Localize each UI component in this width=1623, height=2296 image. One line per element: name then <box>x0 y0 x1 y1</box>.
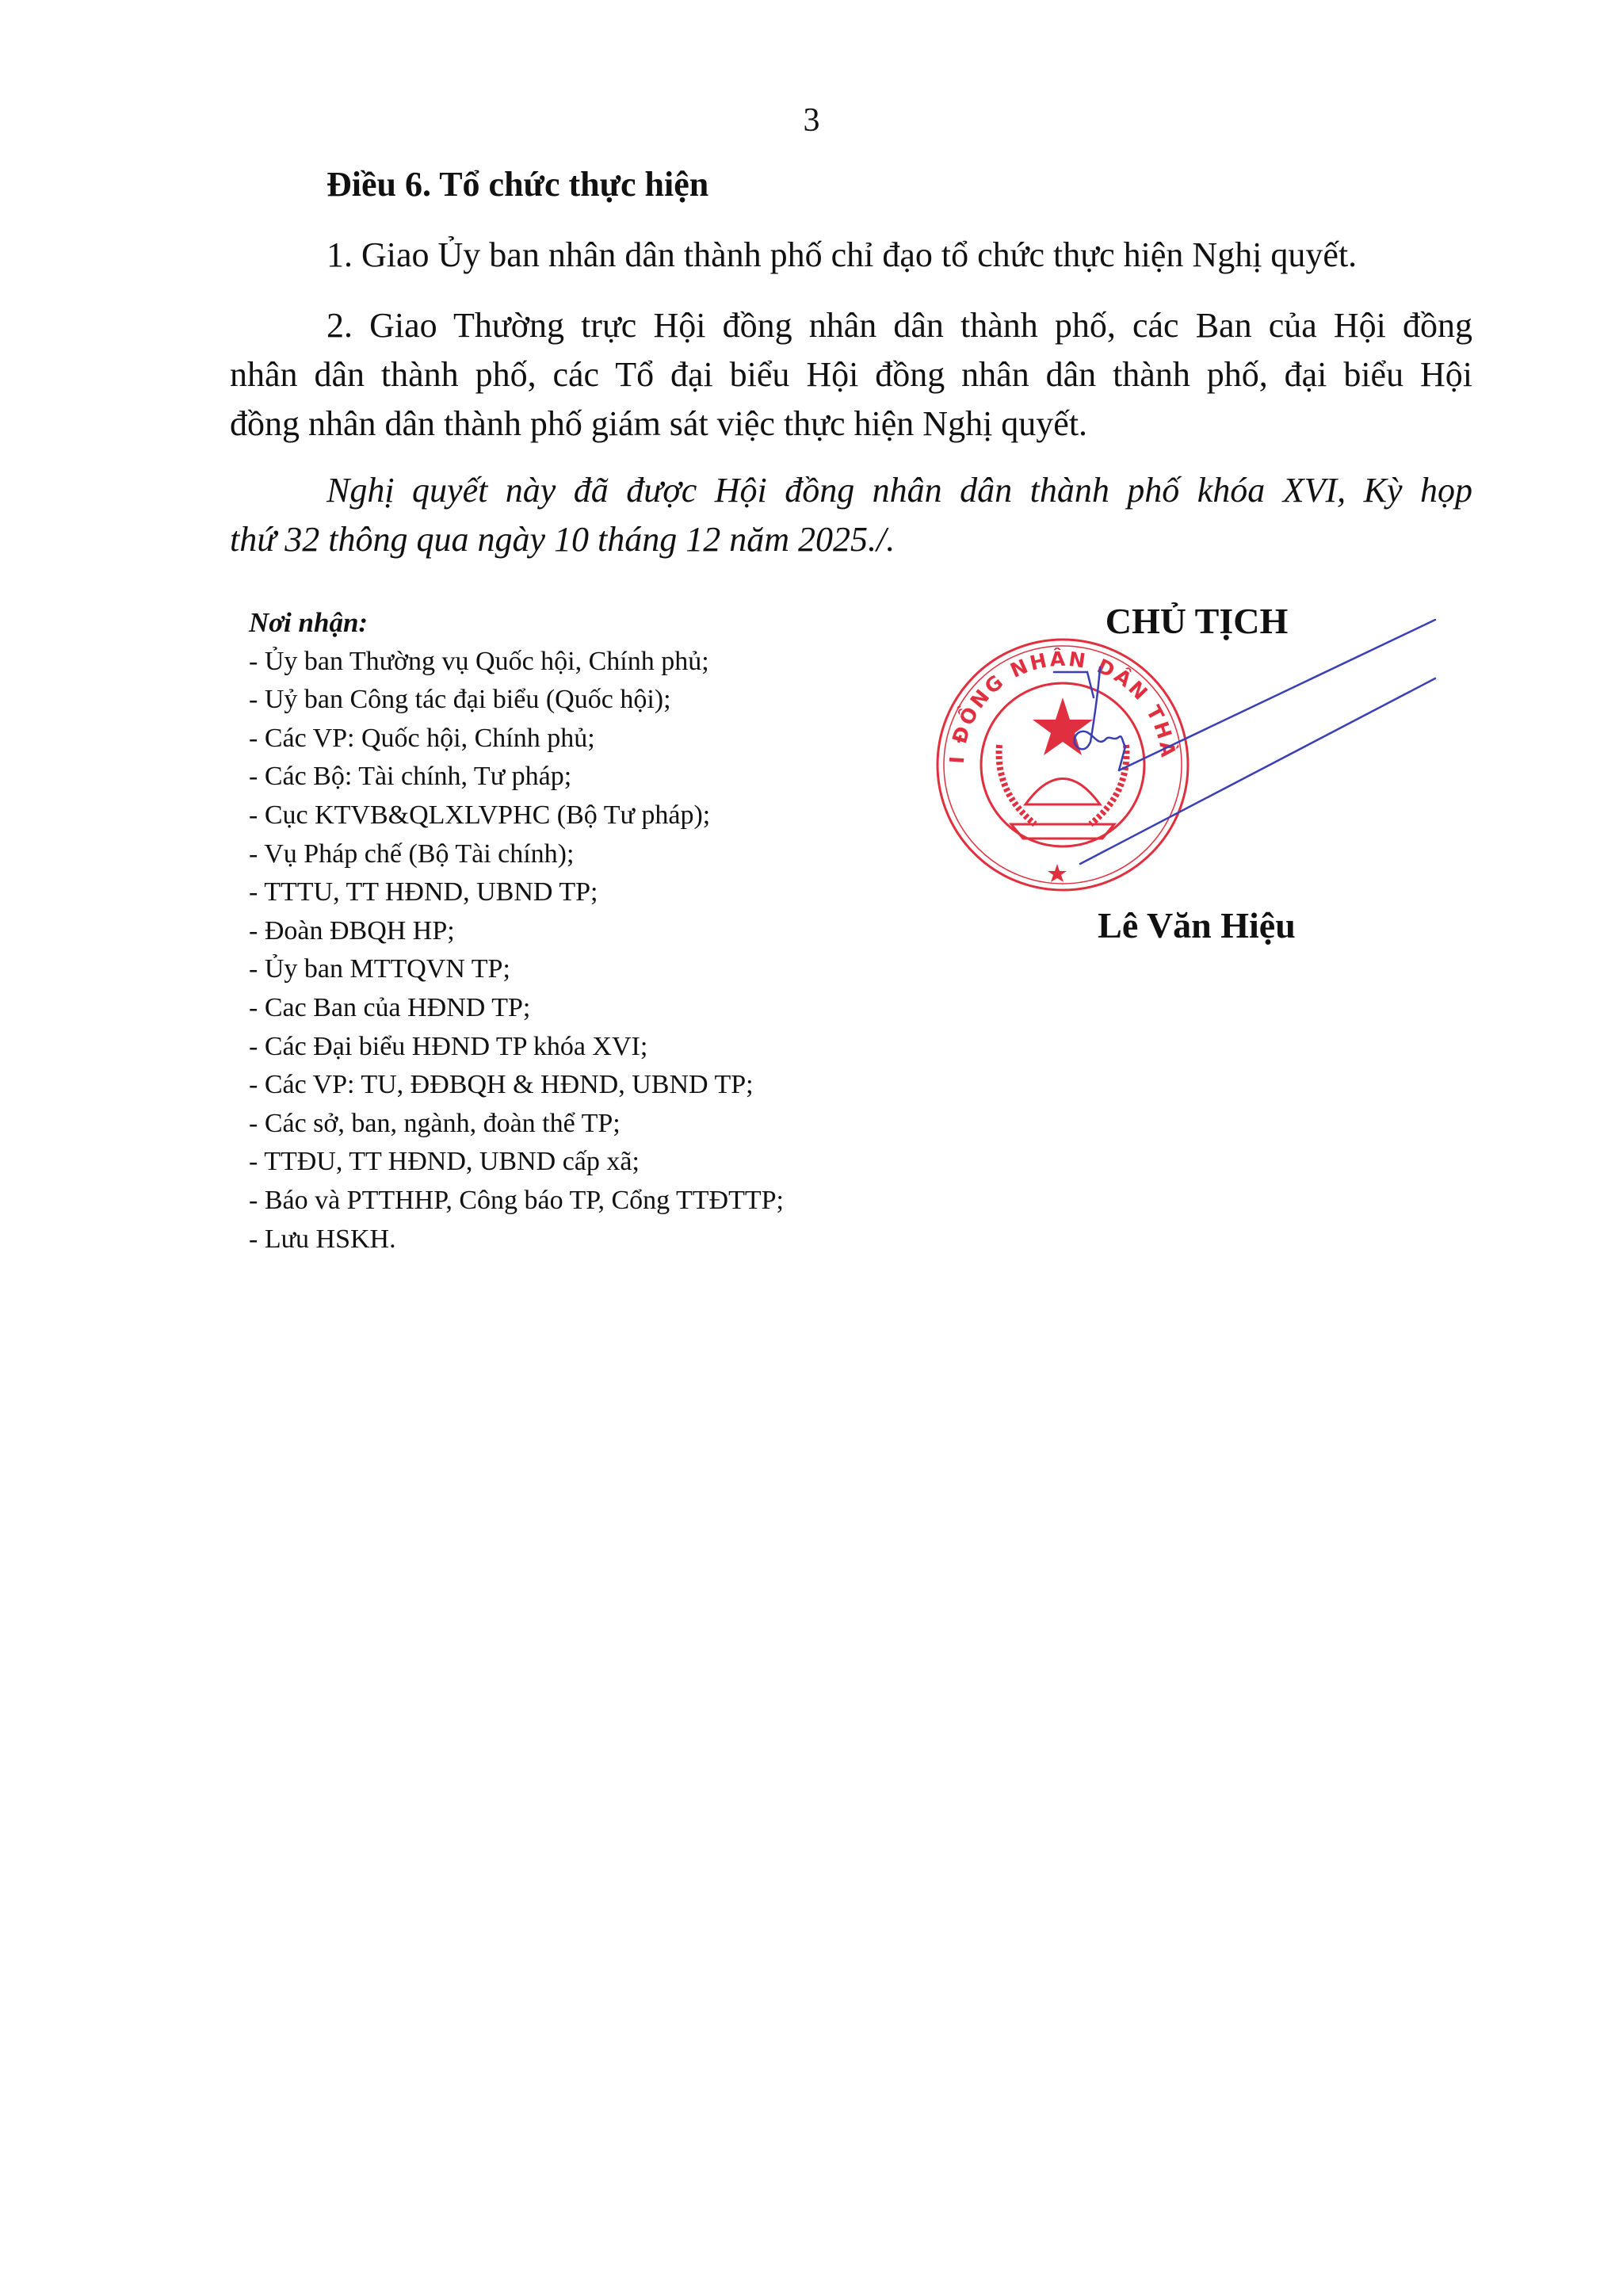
recipient-item: - Lưu HSKH. <box>249 1221 784 1259</box>
recipient-item: - Cac Ban của HĐND TP; <box>249 989 784 1028</box>
recipient-item: - Các sở, ban, ngành, đoàn thể TP; <box>249 1105 784 1144</box>
article-heading: Điều 6. Tổ chức thực hiện <box>327 162 708 207</box>
recipient-item: - Báo và PTTHHP, Công báo TP, Cổng TTĐTT… <box>249 1182 784 1221</box>
page-number: 3 <box>0 101 1623 139</box>
paragraph-line: đồng nhân dân thành phố giám sát việc th… <box>230 399 1472 449</box>
closing-statement: Nghị quyết này đã được Hội đồng nhân dân… <box>230 466 1472 564</box>
recipient-item: - Uỷ ban Công tác đại biểu (Quốc hội); <box>249 681 784 720</box>
recipient-item: - Ủy ban MTTQVN TP; <box>249 950 784 989</box>
recipients-list: - Ủy ban Thường vụ Quốc hội, Chính phủ;-… <box>249 643 784 1259</box>
recipient-item: - Các Bộ: Tài chính, Tư pháp; <box>249 758 784 797</box>
recipient-item: - Cục KTVB&QLXLVPHC (Bộ Tư pháp); <box>249 797 784 835</box>
paragraph-line: nhân dân thành phố, các Tổ đại biểu Hội … <box>230 350 1472 399</box>
paragraph-line: 1. Giao Ủy ban nhân dân thành phố chỉ đạ… <box>230 231 1472 280</box>
recipient-item: - Các VP: Quốc hội, Chính phủ; <box>249 720 784 758</box>
recipient-item: - Ủy ban Thường vụ Quốc hội, Chính phủ; <box>249 643 784 682</box>
recipient-item: - Đoàn ĐBQH HP; <box>249 912 784 951</box>
recipient-item: - Các VP: TU, ĐĐBQH & HĐND, UBND TP; <box>249 1066 784 1105</box>
recipient-item: - TTTU, TT HĐND, UBND TP; <box>249 873 784 912</box>
recipients-title: Nơi nhận: <box>249 604 784 643</box>
signer-name: Lê Văn Hiệu <box>991 904 1403 948</box>
article-paragraph-2: 2. Giao Thường trực Hội đồng nhân dân th… <box>230 301 1472 449</box>
paragraph-line: 2. Giao Thường trực Hội đồng nhân dân th… <box>230 301 1472 350</box>
article-paragraph-1: 1. Giao Ủy ban nhân dân thành phố chỉ đạ… <box>230 231 1472 280</box>
recipient-item: - TTĐU, TT HĐND, UBND cấp xã; <box>249 1143 784 1182</box>
recipient-item: - Vụ Pháp chế (Bộ Tài chính); <box>249 835 784 874</box>
recipient-item: - Các Đại biểu HĐND TP khóa XVI; <box>249 1028 784 1067</box>
closing-line: thứ 32 thông qua ngày 10 tháng 12 năm 20… <box>230 515 1472 564</box>
recipients-block: Nơi nhận: - Ủy ban Thường vụ Quốc hội, C… <box>249 604 784 1259</box>
closing-line: Nghị quyết này đã được Hội đồng nhân dân… <box>230 466 1472 515</box>
